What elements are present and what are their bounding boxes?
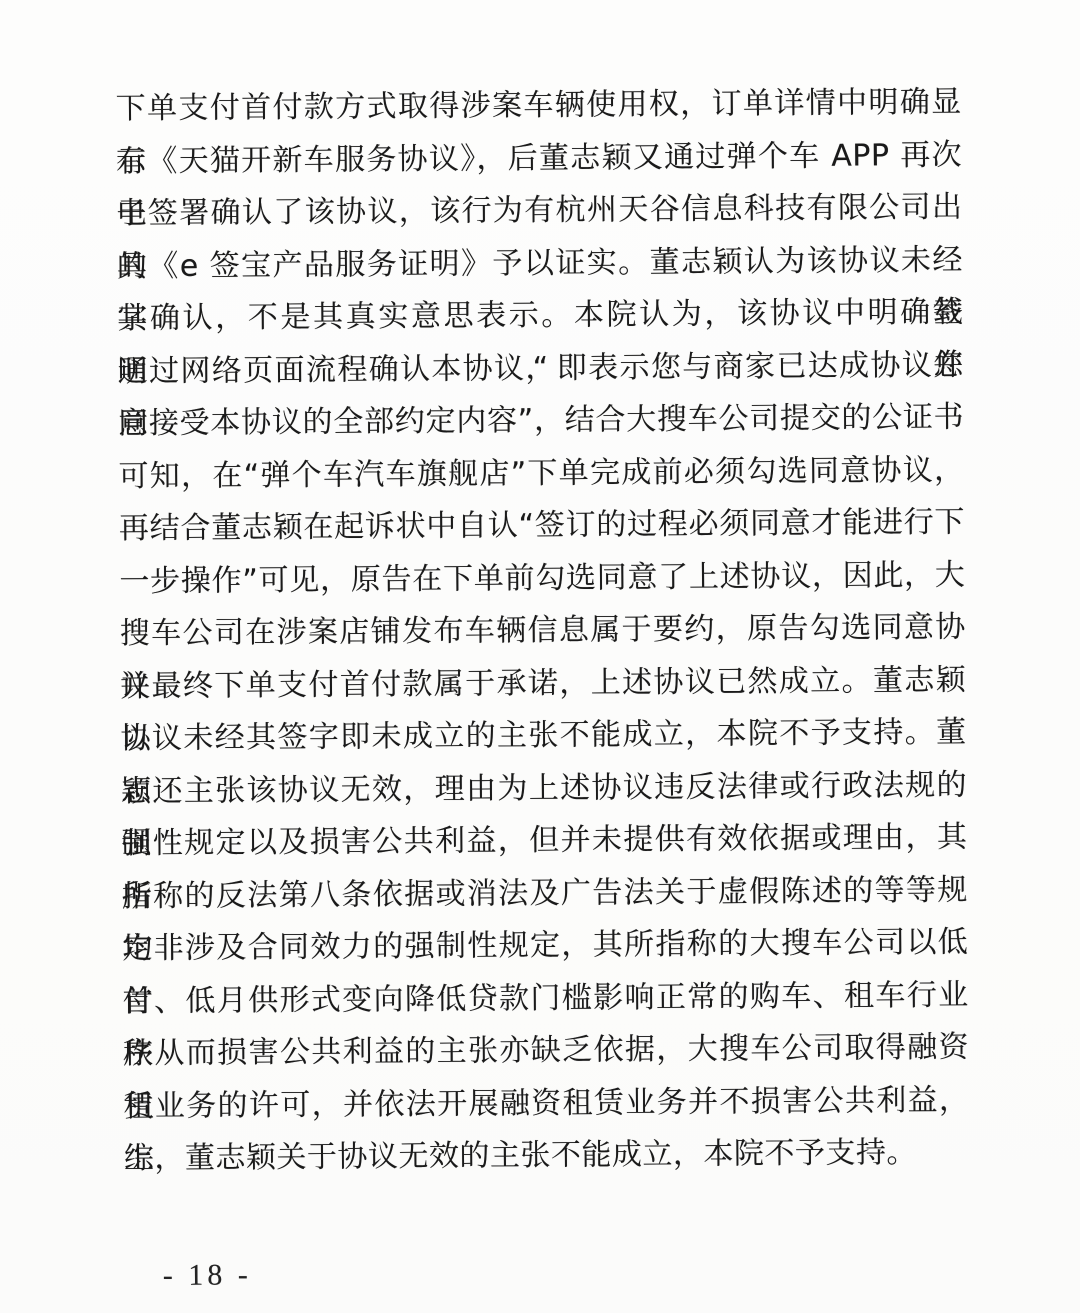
body-text-line: 均非涉及合同效力的强制性规定，其所指称的大搜车公司以低首 xyxy=(122,917,968,976)
body-text-line: 一步操作”可见，原告在下单前勾选同意了上述协议，因此，大 xyxy=(119,549,965,608)
body-text-line: 子签署确认了该协议，该行为有杭州天谷信息科技有限公司出具 xyxy=(116,182,962,241)
body-text-line: 可知，在“弹个车汽车旗舰店”下单完成前必须勾选同意协议， xyxy=(118,444,964,503)
body-text-line: 序从而损害公共利益的主张亦缺乏依据，大搜车公司取得融资租 xyxy=(123,1022,969,1081)
body-text-line: 下单支付首付款方式取得涉案车辆使用权，订单详情中明确显示 xyxy=(115,77,961,136)
body-text-line: 付、低月供形式变向降低贷款门槛影响正常的购车、租车行业秩 xyxy=(122,969,968,1028)
body-text-line: 协议未经其签字即未成立的主张不能成立，本院不予支持。董志 xyxy=(120,707,966,766)
scanned-sheet: 下单支付首付款方式取得涉案车辆使用权，订单详情中明确显示 有《天猫开新车服务协议… xyxy=(0,0,1080,1313)
judgment-body-text: 下单支付首付款方式取得涉案车辆使用权，订单详情中明确显示 有《天猫开新车服务协议… xyxy=(115,77,970,1186)
body-text-line: 上，董志颖关于协议无效的主张不能成立，本院不予支持。 xyxy=(124,1127,970,1186)
body-text-line: 再结合董志颖在起诉状中自认“签订的过程必须同意才能进行下 xyxy=(119,497,965,556)
document-page: 下单支付首付款方式取得涉案车辆使用权，订单详情中明确显示 有《天猫开新车服务协议… xyxy=(0,0,1080,1313)
body-text-line: 通过网络页面流程确认本协议，即表示您与商家已达成协议并同 xyxy=(118,339,964,398)
page-number: - 18 - xyxy=(163,1258,252,1293)
body-text-line: 制性规定以及损害公共利益，但并未提供有效依据或理由，其所 xyxy=(121,812,967,871)
body-text-line: 指称的反法第八条依据或消法及广告法关于虚假陈述的等等规定 xyxy=(122,864,968,923)
body-text-line: 有《天猫开新车服务协议》，后董志颖又通过弹个车 APP 再次电 xyxy=(116,129,962,188)
body-text-line: 并最终下单支付首付款属于承诺，上述协议已然成立。董志颖以 xyxy=(120,654,966,713)
body-text-line: 搜车公司在涉案店铺发布车辆信息属于要约，原告勾选同意协议 xyxy=(120,602,966,661)
body-text-line: 颖还主张该协议无效，理由为上述协议违反法律或行政法规的强 xyxy=(121,759,967,818)
body-text-line: 的《e 签宝产品服务证明》予以证实。董志颖认为该协议未经其签 xyxy=(117,234,963,293)
body-text-line: 赁业务的许可，并依法开展融资租赁业务并不损害公共利益，综 xyxy=(123,1074,969,1133)
body-text-line: 字确认，不是其真实意思表示。本院认为，该协议中明确载明“您 xyxy=(117,287,963,346)
body-text-line: 意接受本协议的全部约定内容”，结合大搜车公司提交的公证书 xyxy=(118,392,964,451)
